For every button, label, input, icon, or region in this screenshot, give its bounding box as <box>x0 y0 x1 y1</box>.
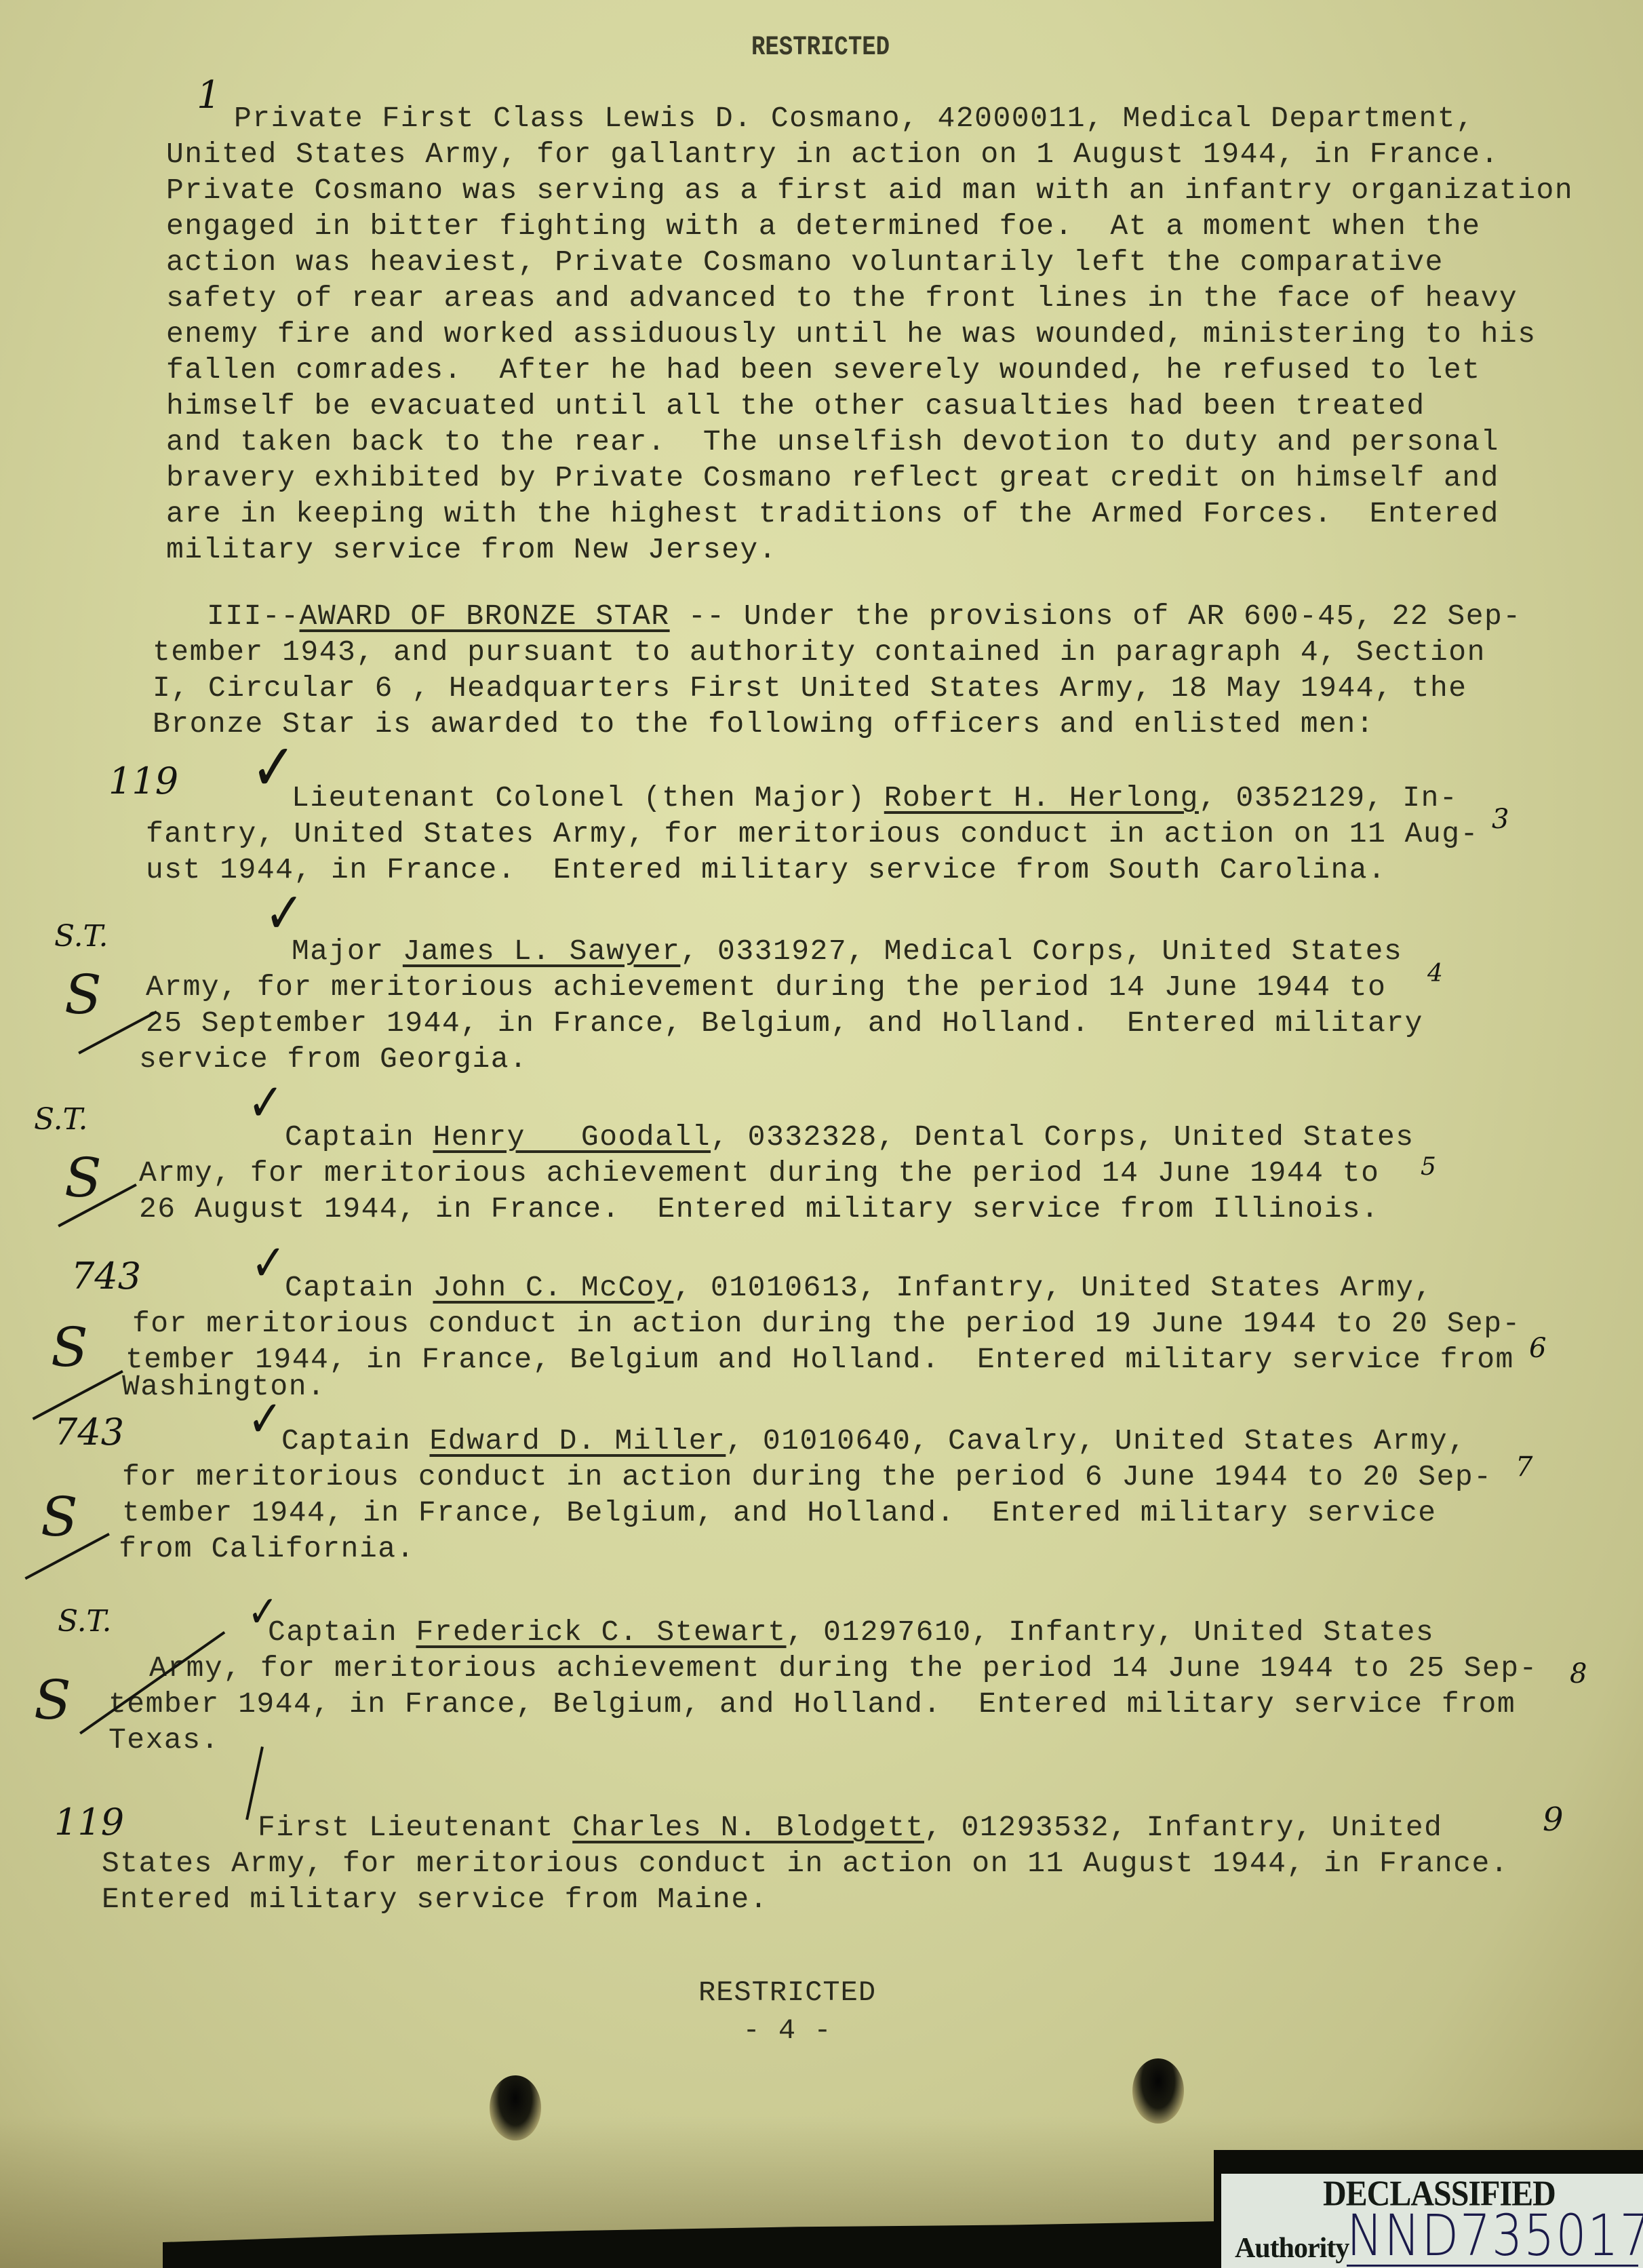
declassified-stamp: DECLASSIFIED Authority NND735017 <box>1217 2174 1643 2268</box>
margin-note-left: 119 <box>54 1801 124 1843</box>
award-miller-line-2: for meritorious conduct in action during… <box>122 1459 1492 1495</box>
section-line-3: I, Circular 6 , Headquarters First Unite… <box>153 670 1467 706</box>
award-sawyer-line-3: 25 September 1944, in France, Belgium, a… <box>146 1005 1423 1041</box>
punch-hole-right <box>1132 2058 1184 2124</box>
check-mark-icon: ✓ <box>251 730 296 806</box>
cosmano-line-13: military service from New Jersey. <box>166 532 777 568</box>
margin-note-1: 1 <box>197 73 221 117</box>
awardee-name: Frederick C. Stewart <box>416 1616 786 1649</box>
cosmano-line-9: himself be evacuated until all the other… <box>166 388 1425 424</box>
awardee-name: Robert H. Herlong <box>884 781 1199 815</box>
cosmano-line-6: safety of rear areas and advanced to the… <box>166 280 1518 316</box>
margin-note-right: 5 <box>1421 1153 1436 1181</box>
margin-note-left: 743 <box>71 1255 141 1297</box>
margin-note-right: 4 <box>1427 960 1443 988</box>
margin-note-right: 7 <box>1516 1451 1532 1483</box>
award-mccoy-line-4: Washington. <box>122 1369 325 1405</box>
section-line-1: -- Under the provisions of AR 600-45, 22… <box>670 600 1522 633</box>
section-number: III-- <box>207 600 300 633</box>
handwritten-s-mark: S <box>64 963 102 1026</box>
cosmano-line-1: Private First Class Lewis D. Cosmano, 42… <box>234 100 1474 136</box>
awardee-name: Henry Goodall <box>433 1120 711 1154</box>
margin-note-right: 3 <box>1492 804 1509 835</box>
awardee-name: Charles N. Blodgett <box>572 1811 924 1844</box>
handwritten-s-mark: S <box>41 1485 78 1548</box>
awardee-name: James L. Sawyer <box>403 935 681 968</box>
award-sawyer-line-1: Major James L. Sawyer, 0331927, Medical … <box>292 933 1402 969</box>
awardee-name: Edward D. Miller <box>429 1424 726 1458</box>
award-goodall-line-3: 26 August 1944, in France. Entered milit… <box>139 1191 1379 1227</box>
award-stewart-line-4: Texas. <box>108 1722 220 1758</box>
cosmano-line-4: engaged in bitter fighting with a determ… <box>166 208 1481 244</box>
award-blodgett-line-2: States Army, for meritorious conduct in … <box>102 1845 1509 1881</box>
margin-note-left: 119 <box>108 760 178 802</box>
cosmano-line-3: Private Cosmano was serving as a first a… <box>166 172 1573 208</box>
award-miller-line-3: tember 1944, in France, Belgium, and Hol… <box>122 1495 1437 1531</box>
handwritten-s-mark: S <box>64 1146 102 1209</box>
award-miller-line-4: from California. <box>119 1531 415 1567</box>
section-line-2: tember 1943, and pursuant to authority c… <box>153 634 1486 670</box>
award-stewart-line-3: tember 1944, in France, Belgium, and Hol… <box>108 1686 1516 1722</box>
cosmano-line-10: and taken back to the rear. The unselfis… <box>166 424 1499 460</box>
award-sawyer-line-4: service from Georgia. <box>139 1041 528 1077</box>
award-stewart-line-1: Captain Frederick C. Stewart, 01297610, … <box>268 1614 1434 1650</box>
margin-note-left: S.T. <box>34 1102 87 1137</box>
award-herlong-line-1: Lieutenant Colonel (then Major) Robert H… <box>292 780 1458 816</box>
stamp-authority-number: NND735017 <box>1347 2202 1643 2268</box>
punch-hole-left <box>490 2075 541 2140</box>
cosmano-line-8: fallen comrades. After he had been sever… <box>166 352 1481 388</box>
stamp-authority-label: Authority <box>1235 2232 1349 2265</box>
handwritten-s-mark: S <box>51 1316 88 1379</box>
section-iii-intro: III--AWARD OF BRONZE STAR -- Under the p… <box>207 598 1522 634</box>
handwritten-s-mark: S <box>34 1668 71 1732</box>
margin-note-right: 8 <box>1570 1658 1587 1689</box>
award-sawyer-line-2: Army, for meritorious achievement during… <box>146 969 1386 1005</box>
award-goodall-line-2: Army, for meritorious achievement during… <box>139 1155 1379 1191</box>
award-mccoy-line-2: for meritorious conduct in action during… <box>132 1306 1521 1342</box>
award-miller-line-1: Captain Edward D. Miller, 01010640, Cava… <box>281 1423 1467 1459</box>
page-footer: RESTRICTED - 4 - <box>698 1974 876 2050</box>
cosmano-line-7: enemy fire and worked assiduously until … <box>166 316 1537 352</box>
page-number: - 4 - <box>698 2012 876 2050</box>
margin-note-left: S.T. <box>54 919 108 954</box>
award-blodgett-line-1: First Lieutenant Charles N. Blodgett, 01… <box>258 1810 1443 1845</box>
award-mccoy-line-1: Captain John C. McCoy, 01010613, Infantr… <box>285 1270 1433 1306</box>
margin-note-left: S.T. <box>58 1604 111 1639</box>
cosmano-line-12: are in keeping with the highest traditio… <box>166 496 1499 532</box>
stamp-underline <box>1347 2265 1638 2267</box>
check-mark-icon: ✓ <box>251 1233 286 1293</box>
cosmano-line-2: United States Army, for gallantry in act… <box>166 136 1499 172</box>
section-line-4: Bronze Star is awarded to the following … <box>153 706 1374 742</box>
cosmano-line-5: action was heaviest, Private Cosmano vol… <box>166 244 1444 280</box>
cosmano-line-11: bravery exhibited by Private Cosmano ref… <box>166 460 1499 496</box>
award-blodgett-line-3: Entered military service from Maine. <box>102 1881 768 1917</box>
classification-header: RESTRICTED <box>751 33 890 63</box>
margin-note-left: 743 <box>54 1411 124 1453</box>
award-goodall-line-1: Captain Henry Goodall, 0332328, Dental C… <box>285 1119 1414 1155</box>
footer-classification: RESTRICTED <box>698 1974 876 2012</box>
award-herlong-line-2: fantry, United States Army, for meritori… <box>146 816 1479 852</box>
award-herlong-line-3: ust 1944, in France. Entered military se… <box>146 852 1386 888</box>
check-mark-icon: ✓ <box>248 1389 283 1449</box>
award-stewart-line-2: Army, for meritorious achievement during… <box>149 1650 1538 1686</box>
margin-note-right: 6 <box>1529 1333 1546 1364</box>
awardee-name: John C. McCoy <box>433 1271 673 1304</box>
section-heading: AWARD OF BRONZE STAR <box>300 600 670 633</box>
award-mccoy-line-3: tember 1944, in France, Belgium and Holl… <box>125 1342 1514 1377</box>
check-mark-icon: ✓ <box>248 1074 284 1134</box>
margin-note-right: 9 <box>1543 1801 1564 1839</box>
